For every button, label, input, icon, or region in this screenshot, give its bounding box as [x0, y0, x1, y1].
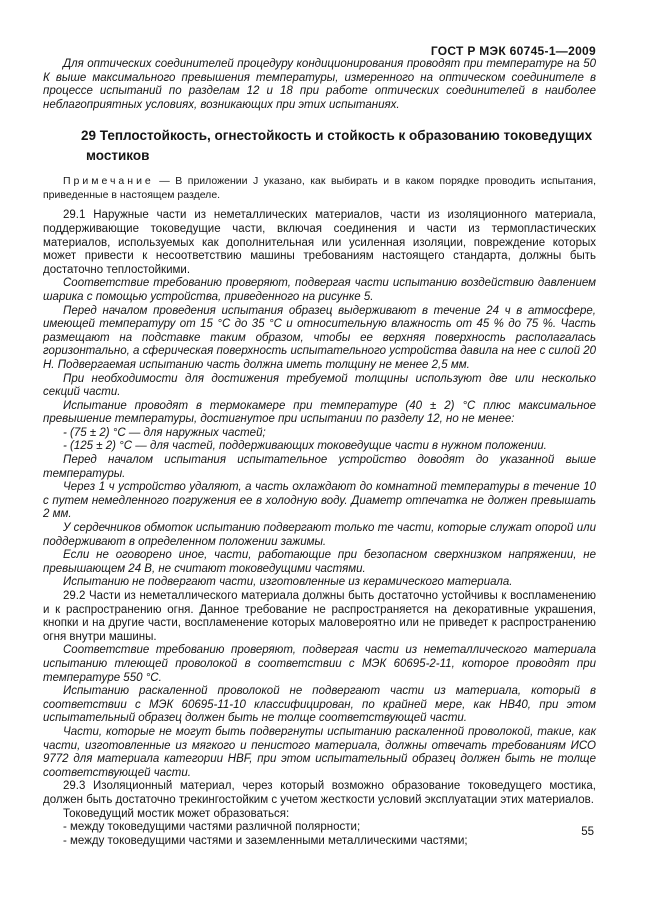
- paragraph: Токоведущий мостик может образоваться:: [43, 808, 596, 822]
- paragraph: Испытание проводят в термокамере при тем…: [43, 400, 596, 427]
- paragraph: - (75 ± 2) °С — для наружных частей;: [43, 427, 596, 441]
- paragraph: Перед началом испытания испытательное ус…: [43, 454, 596, 481]
- document-page: ГОСТ Р МЭК 60745-1—2009 Для оптических с…: [0, 0, 646, 913]
- page-content: ГОСТ Р МЭК 60745-1—2009 Для оптических с…: [0, 0, 646, 848]
- paragraph: 29.3 Изоляционный материал, через которы…: [43, 780, 596, 807]
- paragraph: Испытанию не подвергают части, изготовле…: [43, 576, 596, 590]
- paragraph: 29.1 Наружные части из неметаллических м…: [43, 209, 596, 277]
- paragraph: Если не оговорено иное, части, работающи…: [43, 549, 596, 576]
- note-label: Примечание: [63, 175, 154, 187]
- page-number: 55: [581, 826, 594, 839]
- intro-paragraph: Для оптических соединителей процедуру ко…: [43, 58, 596, 112]
- paragraph: Испытанию раскаленной проволокой не подв…: [43, 685, 596, 726]
- paragraph: Соответствие требованию проверяют, подве…: [43, 277, 596, 304]
- section-body: 29.1 Наружные части из неметаллических м…: [43, 209, 596, 848]
- paragraph: - между токоведущими частями различной п…: [43, 821, 596, 835]
- paragraph: При необходимости для достижения требуем…: [43, 373, 596, 400]
- paragraph: Перед началом проведения испытания образ…: [43, 305, 596, 373]
- paragraph: Соответствие требованию проверяют, подве…: [43, 644, 596, 685]
- paragraph: 29.2 Части из неметаллического материала…: [43, 590, 596, 644]
- paragraph: Части, которые не могут быть подвергнуты…: [43, 726, 596, 780]
- note-paragraph: Примечание — В приложении J указано, как…: [43, 175, 596, 202]
- paragraph: - (125 ± 2) °С — для частей, поддерживаю…: [43, 440, 596, 454]
- paragraph: - между токоведущими частями и заземленн…: [43, 835, 596, 849]
- paragraph: Через 1 ч устройство удаляют, а часть ох…: [43, 481, 596, 522]
- paragraph: У сердечников обмоток испытанию подверга…: [43, 522, 596, 549]
- document-code-header: ГОСТ Р МЭК 60745-1—2009: [43, 45, 596, 58]
- section-heading: 29 Теплостойкость, огнестойкость и стойк…: [81, 126, 596, 166]
